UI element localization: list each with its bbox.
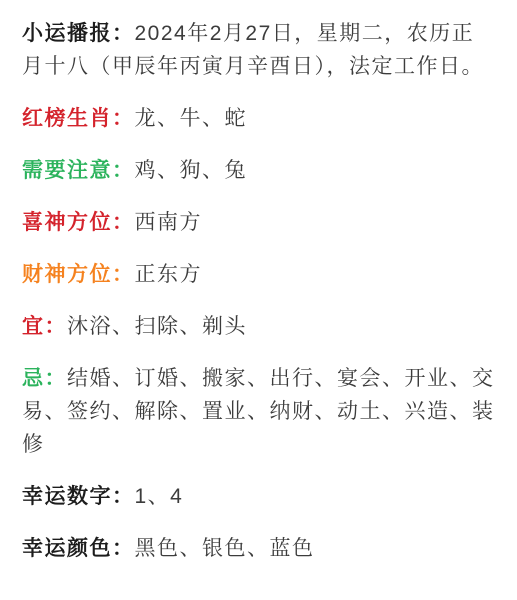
section-intro: 小运播报：2024年2月27日，星期二，农历正月十八（甲辰年丙寅月辛酉日），法定… xyxy=(22,17,495,83)
fortune-report: 小运播报：2024年2月27日，星期二，农历正月十八（甲辰年丙寅月辛酉日），法定… xyxy=(0,0,517,600)
wealth-god-direction-text: 正东方 xyxy=(135,263,203,286)
joy-god-direction-label: 喜神方位： xyxy=(22,211,135,234)
section-caution-zodiacs: 需要注意：鸡、狗、兔 xyxy=(22,154,495,187)
section-wealth-god-direction: 财神方位：正东方 xyxy=(22,258,495,291)
lucky-colors-text: 黑色、银色、蓝色 xyxy=(135,537,315,560)
avoid-activities-text: 结婚、订婚、搬家、出行、宴会、开业、交易、签约、解除、置业、纳财、动土、兴造、装… xyxy=(22,367,495,456)
suitable-activities-text: 沐浴、扫除、剃头 xyxy=(67,315,247,338)
lucky-numbers-text: 1、4 xyxy=(135,485,184,508)
lucky-zodiacs-label: 红榜生肖： xyxy=(22,107,135,130)
avoid-activities-label: 忌： xyxy=(22,367,67,390)
lucky-zodiacs-text: 龙、牛、蛇 xyxy=(135,107,248,130)
lucky-numbers-label: 幸运数字： xyxy=(22,485,135,508)
section-lucky-colors: 幸运颜色：黑色、银色、蓝色 xyxy=(22,532,495,565)
section-joy-god-direction: 喜神方位：西南方 xyxy=(22,206,495,239)
section-avoid-activities: 忌：结婚、订婚、搬家、出行、宴会、开业、交易、签约、解除、置业、纳财、动土、兴造… xyxy=(22,362,495,461)
section-lucky-numbers: 幸运数字：1、4 xyxy=(22,480,495,513)
caution-zodiacs-text: 鸡、狗、兔 xyxy=(135,159,248,182)
joy-god-direction-text: 西南方 xyxy=(135,211,203,234)
wealth-god-direction-label: 财神方位： xyxy=(22,263,135,286)
section-suitable-activities: 宜：沐浴、扫除、剃头 xyxy=(22,310,495,343)
suitable-activities-label: 宜： xyxy=(22,315,67,338)
caution-zodiacs-label: 需要注意： xyxy=(22,159,135,182)
lucky-colors-label: 幸运颜色： xyxy=(22,537,135,560)
intro-label: 小运播报： xyxy=(22,22,135,45)
section-lucky-zodiacs: 红榜生肖：龙、牛、蛇 xyxy=(22,102,495,135)
